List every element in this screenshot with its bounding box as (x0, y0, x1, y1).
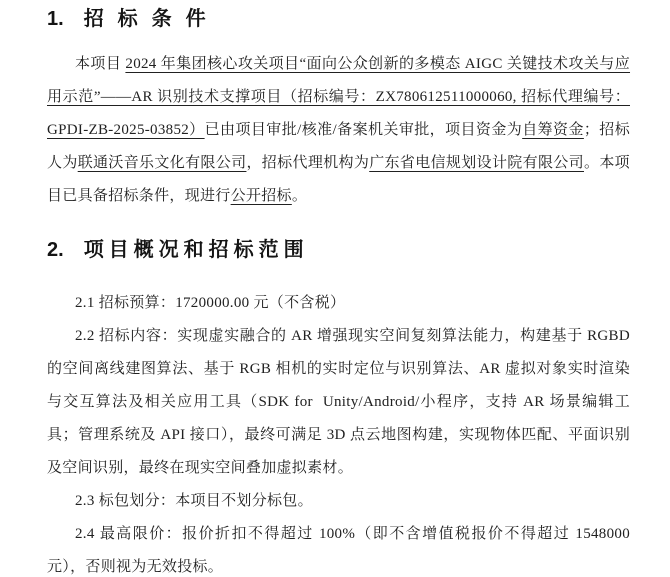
paragraph: 2.1 招标预算：1720000.00 元（不含税） (47, 287, 630, 320)
paragraph: 2.3 标包划分：本项目不划分标包。 (47, 485, 630, 518)
section-heading: 1.招标条件 (47, 6, 630, 32)
text-run: 本项目 (75, 56, 125, 72)
text-run: 2.3 标包划分：本项目不划分标包。 (75, 493, 313, 509)
section-number: 1. (47, 8, 64, 30)
text-run: 。 (292, 188, 307, 204)
text-run: ，招标代理机构为 (246, 155, 369, 171)
document-body: 1.招标条件本项目 2024 年集团核心攻关项目“面向公众创新的多模态 AIGC… (47, 6, 630, 577)
section-number: 2. (47, 239, 64, 261)
underlined-text-run: 自筹资金 (522, 122, 584, 138)
text-run: 2.1 招标预算：1720000.00 元（不含税） (75, 295, 345, 311)
text-run: 2.2 招标内容：实现虚实融合的 AR 增强现实空间复刻算法能力，构建基于 RG… (47, 328, 630, 476)
text-run: 已由项目审批/核准/备案机关审批，项目资金为 (205, 122, 523, 138)
paragraph: 2.2 招标内容：实现虚实融合的 AR 增强现实空间复刻算法能力，构建基于 RG… (47, 320, 630, 485)
document-page: 1.招标条件本项目 2024 年集团核心攻关项目“面向公众创新的多模态 AIGC… (0, 0, 670, 577)
underlined-text-run: 广东省电信规划设计院有限公司 (369, 155, 584, 171)
section-heading: 2.项目概况和招标范围 (47, 237, 630, 263)
underlined-text-run: 公开招标 (231, 188, 292, 204)
paragraph: 本项目 2024 年集团核心攻关项目“面向公众创新的多模态 AIGC 关键技术攻… (47, 48, 630, 213)
underlined-text-run: 联通沃音乐文化有限公司 (78, 155, 247, 171)
text-run: 2.4 最高限价：报价折扣不得超过 100%（即不含增值税报价不得超过 1548… (47, 526, 630, 575)
paragraph: 2.4 最高限价：报价折扣不得超过 100%（即不含增值税报价不得超过 1548… (47, 518, 630, 577)
section-title: 招标条件 (84, 8, 220, 30)
section-title: 项目概况和招标范围 (84, 239, 309, 261)
